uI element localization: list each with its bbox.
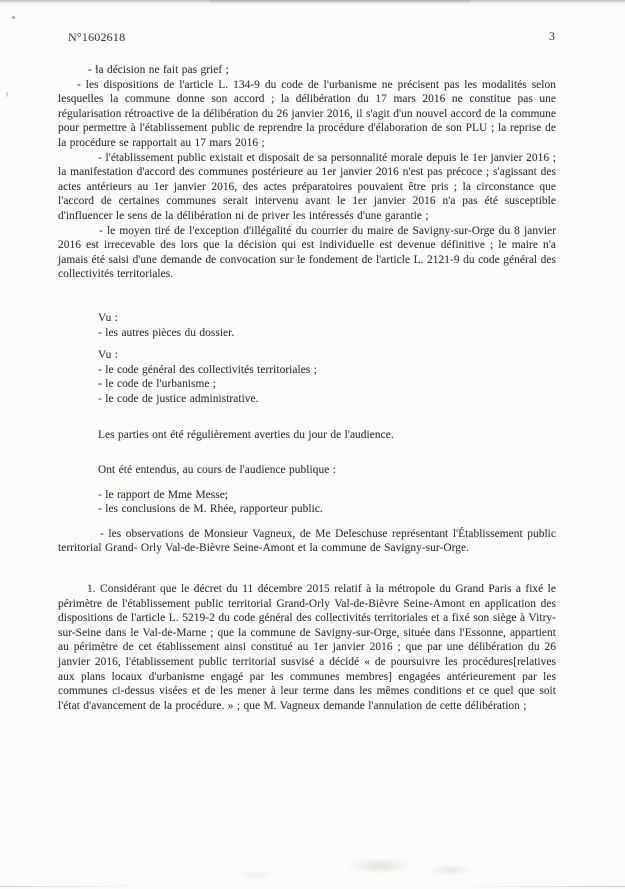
observations-paragraph: - les observations de Monsieur Vagneux, …	[58, 527, 556, 556]
vu-section: Vu : - le code général des collectivités…	[58, 348, 556, 406]
heard-item: - le rapport de Mme Messe;	[98, 488, 556, 503]
moyen-paragraph: - le moyen tiré de l'exception d'illégal…	[58, 224, 556, 282]
vu-item: - le code de justice administrative.	[98, 392, 556, 407]
scan-speck	[6, 92, 8, 97]
heard-items: - le rapport de Mme Messe; - les conclus…	[58, 488, 556, 517]
case-number: N°1602618	[68, 30, 125, 45]
scanned-document-page: N°1602618 3 - la décision ne fait pas gr…	[0, 0, 625, 889]
moyen-paragraph: - la décision ne fait pas grief ;	[58, 63, 556, 78]
considerant-paragraph: 1. Considérant que le décret du 11 décem…	[58, 582, 556, 713]
scan-smudge	[348, 858, 412, 874]
vu-label: Vu :	[98, 311, 556, 326]
heard-intro-line: Ont été entendus, au cours de l'audience…	[98, 463, 556, 478]
vu-item: - le code de l'urbanisme ;	[98, 377, 556, 392]
scan-smudge	[428, 864, 472, 876]
scan-smudge	[236, 870, 276, 880]
scan-edge-artifact	[0, 886, 625, 887]
vu-section: Vu : - les autres pièces du dossier.	[58, 311, 556, 340]
vu-label: Vu :	[98, 348, 556, 363]
moyen-paragraph: - l'établissement public existait et dis…	[58, 151, 556, 224]
page-number: 3	[549, 29, 555, 44]
moyen-paragraph: - les dispositions de l'article L. 134-9…	[58, 78, 556, 151]
vu-item: - le code général des collectivités terr…	[98, 363, 556, 378]
vu-item: - les autres pièces du dossier.	[98, 326, 556, 341]
scan-speck	[12, 16, 15, 19]
parties-notice-line: Les parties ont été régulièrement averti…	[98, 428, 556, 443]
heard-item: - les conclusions de M. Rhée, rapporteur…	[98, 502, 556, 517]
scan-edge-artifact	[0, 0, 625, 5]
document-body: - la décision ne fait pas grief ; - les …	[58, 63, 556, 713]
